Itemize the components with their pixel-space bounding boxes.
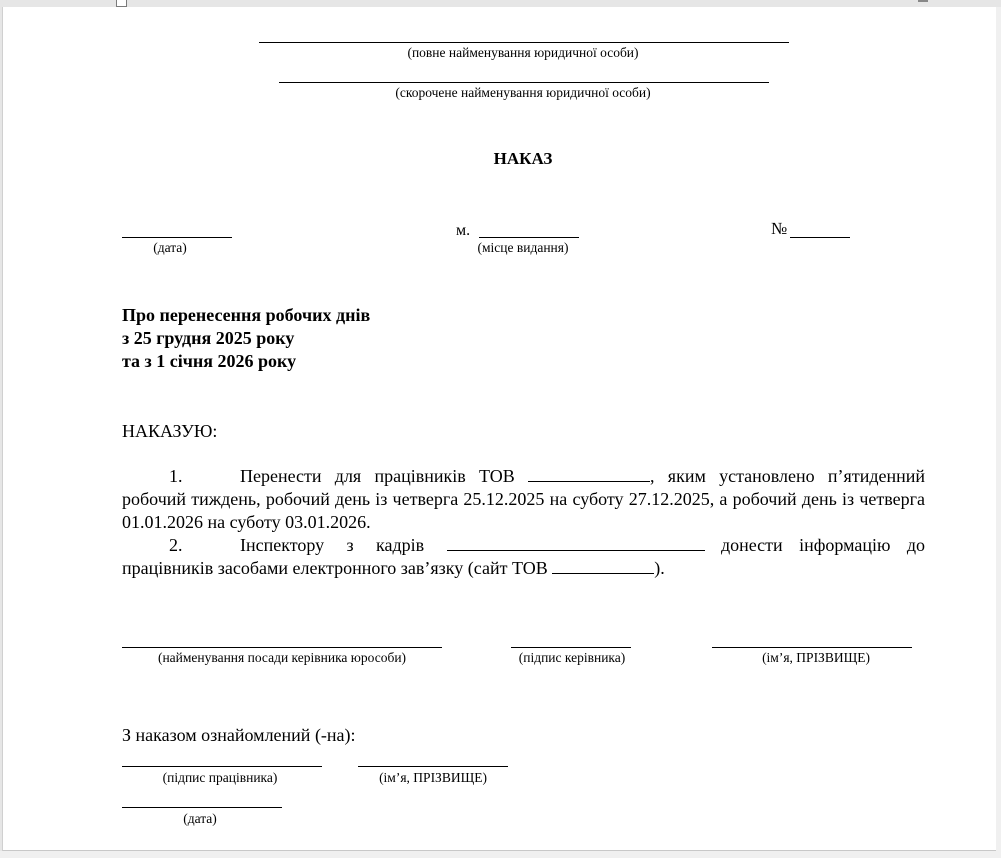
subject-line-2: з 25 грудня 2025 року — [122, 327, 294, 350]
place-line[interactable] — [479, 237, 579, 238]
employee-signature-caption: (підпис працівника) — [163, 770, 278, 786]
employee-date-line[interactable] — [122, 807, 282, 808]
item-text-after-blank: ). — [654, 558, 665, 578]
manager-name-line[interactable] — [712, 647, 912, 648]
document-title: НАКАЗ — [494, 149, 553, 169]
order-word: НАКАЗУЮ: — [122, 420, 217, 443]
item-number: 2. — [122, 534, 240, 557]
right-scroll-gutter — [996, 7, 1001, 851]
number-prefix: № — [771, 217, 787, 240]
short-name-line[interactable] — [279, 82, 769, 83]
employee-date-caption: (дата) — [183, 811, 217, 827]
employee-name-line[interactable] — [358, 766, 508, 767]
right-margin-marker — [918, 0, 928, 2]
date-line[interactable] — [122, 237, 232, 238]
full-name-line[interactable] — [259, 42, 789, 43]
company-name-blank[interactable] — [528, 465, 650, 482]
manager-signature-caption: (підпис керівника) — [519, 650, 626, 666]
top-ruler-bar — [0, 0, 1001, 7]
item-text-before-blank: Перенести для працівників ТОВ — [240, 466, 528, 486]
website-blank[interactable] — [552, 557, 654, 574]
item-text-before-blank: Інспектору з кадрів — [240, 535, 447, 555]
short-name-caption: (скорочене найменування юридичної особи) — [395, 85, 650, 101]
date-caption: (дата) — [153, 240, 187, 256]
place-prefix: м. — [456, 219, 470, 242]
subject-line-1: Про перенесення робочих днів — [122, 304, 370, 327]
order-item-2: 2.Інспектору з кадрів донести інформацію… — [122, 534, 925, 580]
document-page: (повне найменування юридичної особи) (ск… — [2, 7, 997, 851]
place-caption: (місце видання) — [478, 240, 569, 256]
number-line[interactable] — [790, 237, 850, 238]
manager-signature-line[interactable] — [511, 647, 631, 648]
item-number: 1. — [122, 465, 240, 488]
employee-name-caption: (ім’я, ПРІЗВИЩЕ) — [379, 770, 487, 786]
acknowledgement-heading: З наказом ознайомлений (-на): — [122, 724, 356, 747]
employee-signature-line[interactable] — [122, 766, 322, 767]
manager-position-caption: (найменування посади керівника юрособи) — [158, 650, 406, 666]
manager-position-line[interactable] — [122, 647, 442, 648]
inspector-name-blank[interactable] — [447, 534, 705, 551]
page-corner-marker — [116, 0, 127, 7]
subject-line-3: та з 1 січня 2026 року — [122, 350, 296, 373]
order-item-1: 1.Перенести для працівників ТОВ , яким у… — [122, 465, 925, 534]
manager-name-caption: (ім’я, ПРІЗВИЩЕ) — [762, 650, 870, 666]
full-name-caption: (повне найменування юридичної особи) — [407, 45, 638, 61]
bottom-gutter — [0, 851, 1001, 858]
